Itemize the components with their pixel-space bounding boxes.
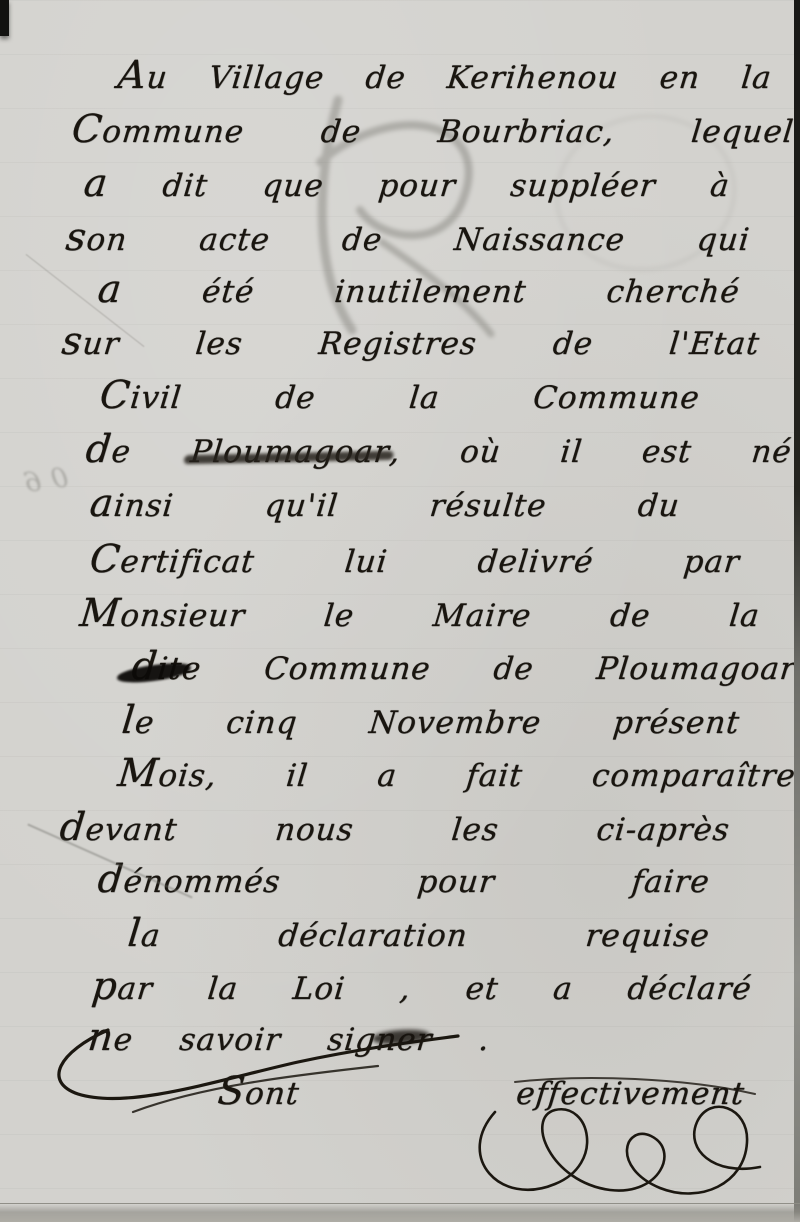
manuscript-line: devant nous les ci-après — [57, 804, 732, 852]
manuscript-line: ne savoir signer . — [85, 1014, 492, 1062]
manuscript-line: a dit que pour suppléer à — [81, 160, 732, 208]
manuscript-line: Certificat lui delivré par — [87, 536, 742, 584]
manuscript-line: sur les Registres de l'Etat — [59, 318, 762, 366]
manuscript-line-blotted-word: dite Commune de Ploumagoar — [129, 643, 798, 691]
struck-through-word: Ploumagoar — [189, 434, 392, 470]
page-bottom-edge — [0, 1203, 800, 1222]
line-segment: Commune de Ploumagoar — [199, 651, 797, 687]
manuscript-line: Civil de la Commune — [97, 372, 702, 420]
line-segment: , où il est né — [388, 434, 794, 470]
manuscript-line: par la Loi , et a déclaré — [89, 963, 754, 1011]
manuscript-line: le cinq Novembre présent — [119, 697, 742, 745]
manuscript-line: Monsieur le Maire de la — [77, 590, 762, 638]
manuscript-line: Commune de Bourbriac, lequel — [69, 106, 796, 154]
manuscript-line: dénommés pour faire — [95, 856, 712, 904]
manuscript-line: Au Village de Kerihenou en la — [115, 52, 774, 100]
scan-edge-shadow — [794, 0, 800, 1222]
manuscript-line: Mois, il a fait comparaître — [115, 750, 798, 798]
ink-blotted-word: dite — [130, 651, 203, 687]
line-segment: de — [84, 434, 193, 470]
scan-edge-mark — [0, 0, 9, 36]
manuscript-closing-line: Sont effectivement — [215, 1068, 747, 1116]
manuscript-line: a été inutilement cherché — [95, 266, 742, 314]
pencil-ghost-text: 06 — [12, 462, 70, 500]
manuscript-line: ainsi qu'il résulte du — [87, 480, 682, 528]
manuscript-line: son acte de Naissance qui — [63, 214, 752, 262]
manuscript-line-struck-placename: de Ploumagoar, où il est né — [83, 426, 794, 474]
manuscript-page: 06 Au Village de Kerihenou en la Commune… — [0, 0, 800, 1222]
manuscript-line: la déclaration requise — [125, 910, 712, 958]
